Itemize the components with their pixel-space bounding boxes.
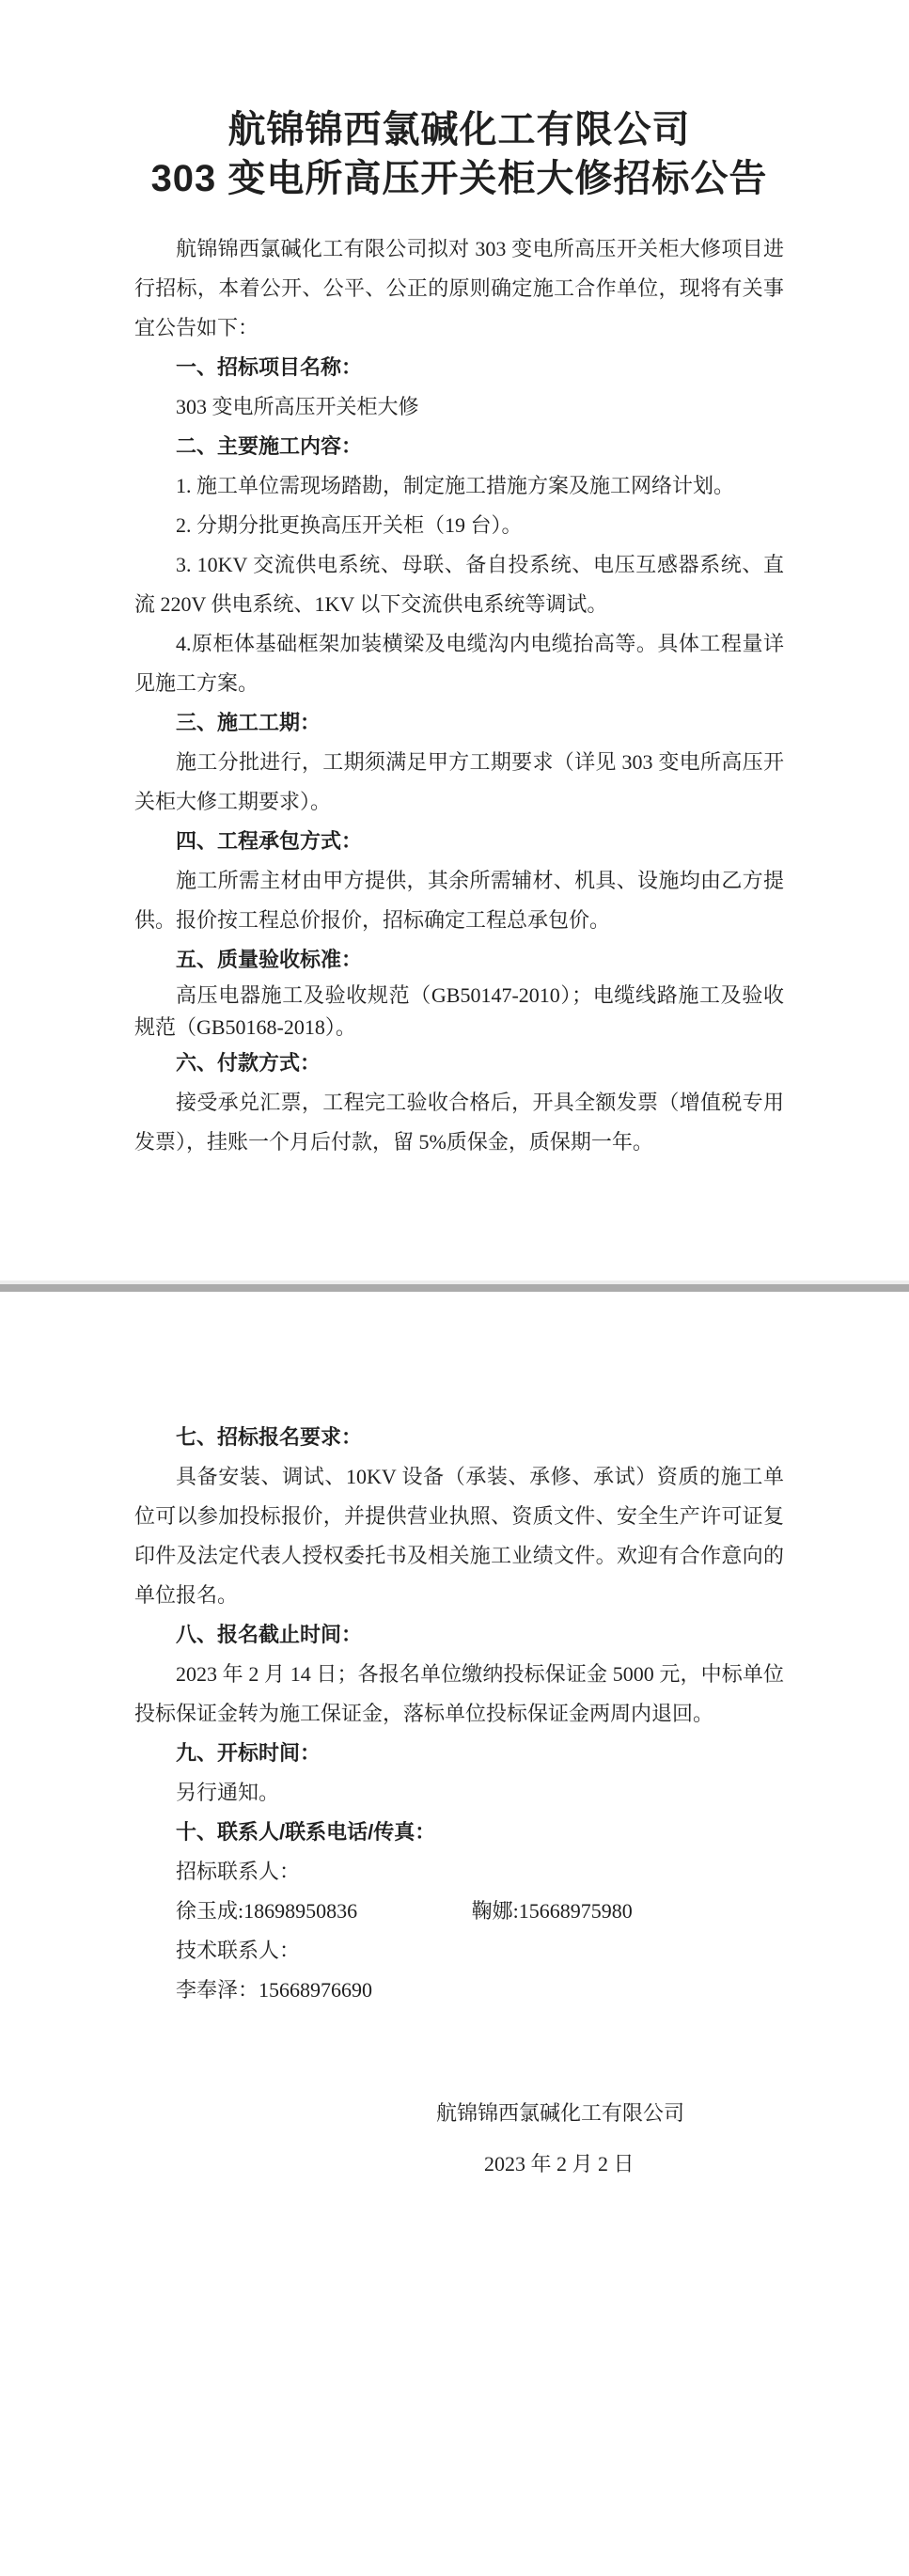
page-1: 航锦锦西氯碱化工有限公司 303 变电所高压开关柜大修招标公告 航锦锦西氯碱化工… — [0, 0, 909, 1280]
section-10-heading: 十、联系人/联系电话/传真： — [134, 1813, 784, 1852]
tender-announcement-document: 航锦锦西氯碱化工有限公司 303 变电所高压开关柜大修招标公告 航锦锦西氯碱化工… — [0, 0, 909, 2576]
section-6-paragraph: 接受承兑汇票，工程完工验收合格后，开具全额发票（增值税专用发票），挂账一个月后付… — [134, 1083, 784, 1162]
intro-paragraph: 航锦锦西氯碱化工有限公司拟对 303 变电所高压开关柜大修项目进行招标，本着公开… — [134, 229, 784, 348]
section-7-heading: 七、招标报名要求： — [134, 1418, 784, 1457]
bid-contact-entry-2: 鞠娜:15668975980 — [472, 1899, 633, 1923]
page-separator — [0, 1280, 909, 1292]
section-1-heading: 一、招标项目名称： — [134, 348, 784, 387]
section-5-heading: 五、质量验收标准： — [134, 940, 784, 980]
section-3-heading: 三、施工工期： — [134, 703, 784, 743]
section-2-item-4: 4.原柜体基础框架加装横梁及电缆沟内电缆抬高等。具体工程量详见施工方案。 — [134, 624, 784, 703]
signature-date: 2023 年 2 月 2 日 — [484, 2144, 784, 2184]
tech-contact-label: 技术联系人： — [134, 1931, 784, 1971]
tech-contact-entry-1: 李奉泽：15668976690 — [134, 1971, 784, 2010]
section-2-item-3: 3. 10KV 交流供电系统、母联、备自投系统、电压互感器系统、直流 220V … — [134, 545, 784, 624]
document-title-line-1: 航锦锦西氯碱化工有限公司 — [134, 105, 784, 154]
section-4-heading: 四、工程承包方式： — [134, 822, 784, 861]
section-2-heading: 二、主要施工内容： — [134, 427, 784, 466]
section-6-heading: 六、付款方式： — [134, 1044, 784, 1083]
bid-contact-label: 招标联系人： — [134, 1852, 784, 1892]
section-4-paragraph: 施工所需主材由甲方提供，其余所需辅材、机具、设施均由乙方提供。报价按工程总价报价… — [134, 861, 784, 940]
section-5-paragraph: 高压电器施工及验收规范（GB50147-2010）；电缆线路施工及验收规范（GB… — [134, 980, 784, 1044]
section-1-paragraph: 303 变电所高压开关柜大修 — [134, 387, 784, 427]
page-2: 七、招标报名要求： 具备安装、调试、10KV 设备（承装、承修、承试）资质的施工… — [0, 1292, 909, 2576]
section-2-item-1: 1. 施工单位需现场踏勘，制定施工措施方案及施工网络计划。 — [134, 466, 784, 506]
section-7-paragraph: 具备安装、调试、10KV 设备（承装、承修、承试）资质的施工单位可以参加投标报价… — [134, 1457, 784, 1615]
section-9-heading: 九、开标时间： — [134, 1734, 784, 1773]
section-2-item-2: 2. 分期分批更换高压开关柜（19 台）。 — [134, 506, 784, 545]
document-title-line-2: 303 变电所高压开关柜大修招标公告 — [134, 154, 784, 203]
bid-contact-entry-1: 徐玉成:18698950836 — [176, 1899, 357, 1923]
section-3-paragraph: 施工分批进行，工期须满足甲方工期要求（详见 303 变电所高压开关柜大修工期要求… — [134, 743, 784, 822]
signature-company: 航锦锦西氯碱化工有限公司 — [436, 2094, 784, 2133]
section-8-heading: 八、报名截止时间： — [134, 1615, 784, 1655]
bid-contact-entries: 徐玉成:18698950836 鞠娜:15668975980 — [134, 1892, 784, 1931]
section-8-paragraph: 2023 年 2 月 14 日；各报名单位缴纳投标保证金 5000 元，中标单位… — [134, 1655, 784, 1734]
section-9-paragraph: 另行通知。 — [134, 1773, 784, 1813]
